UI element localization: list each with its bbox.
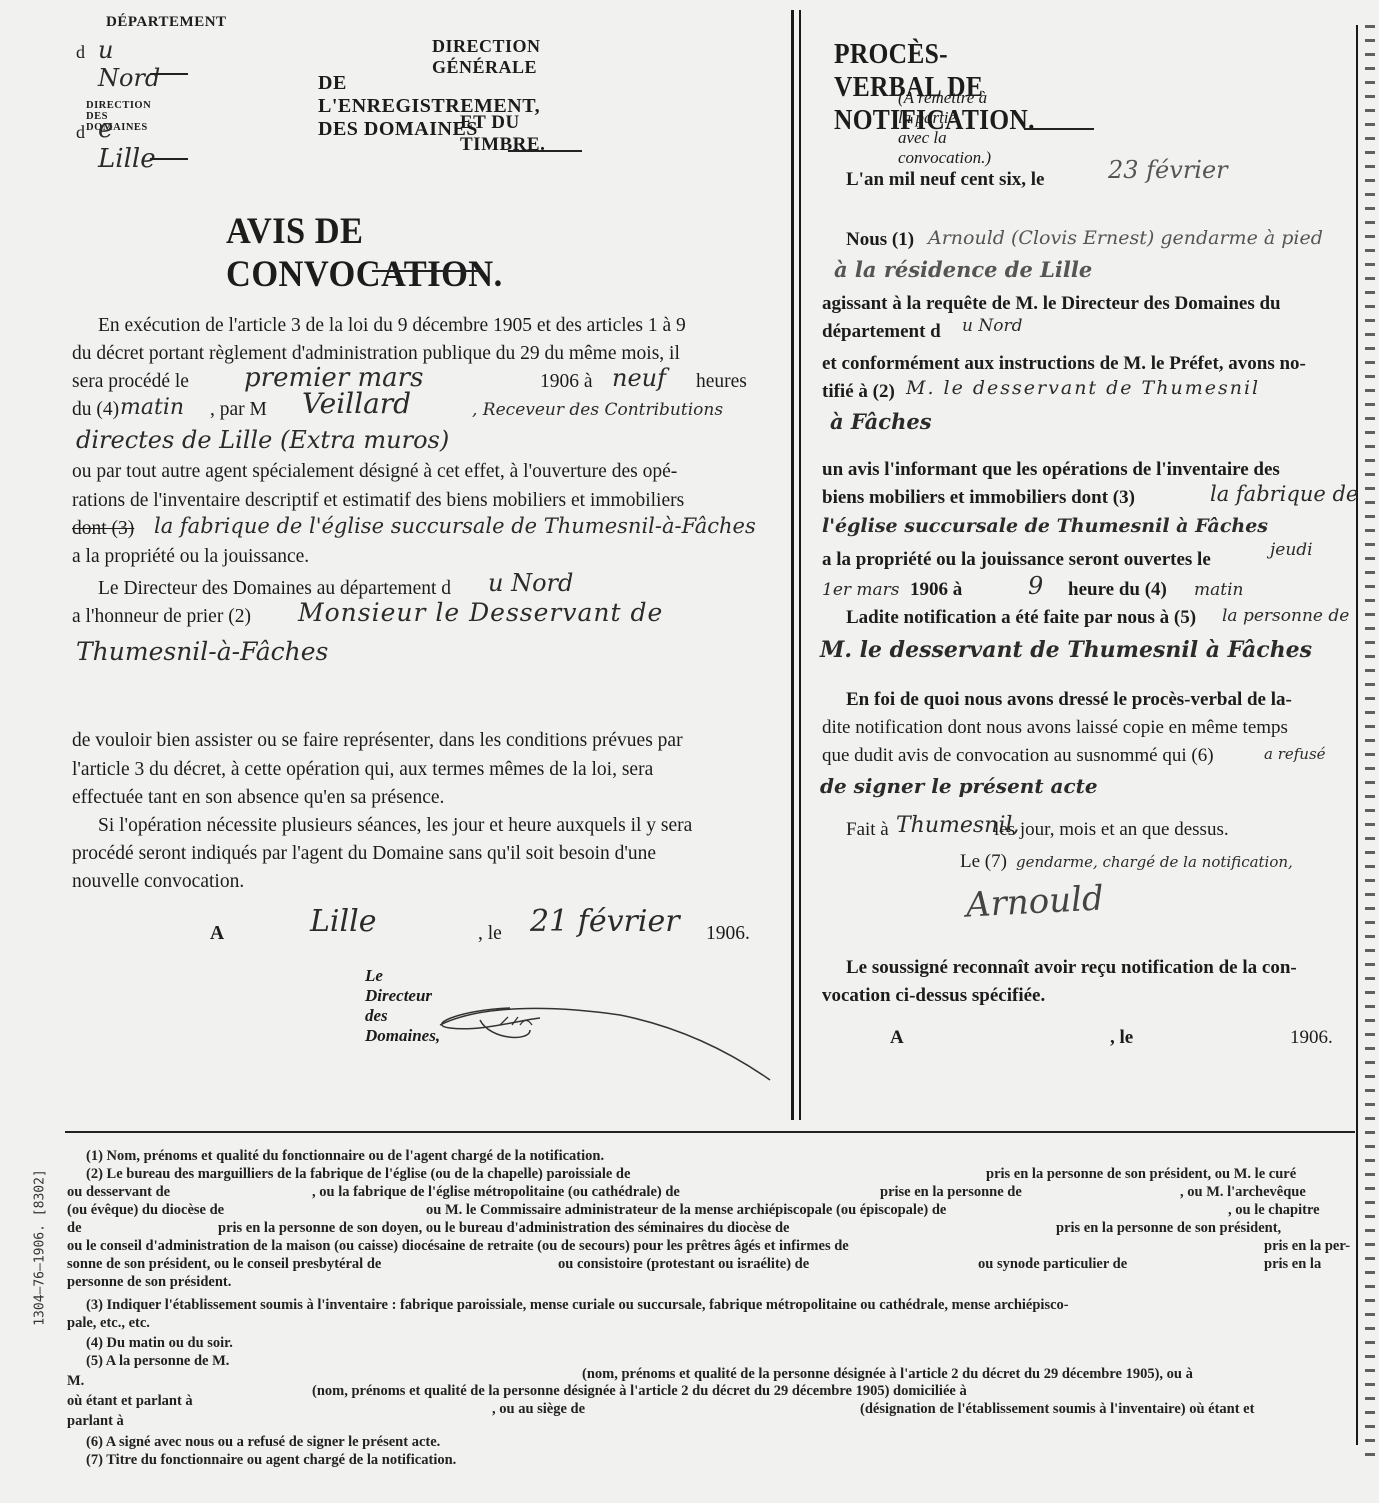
pv-line-11: Ladite notification a été faite par nous…	[846, 604, 1366, 632]
footnote-5-line-4: parlant à	[67, 1412, 124, 1430]
hand-person: la personne de	[1222, 602, 1349, 630]
text: , le	[1110, 1024, 1133, 1052]
footnote-2-line-3a: (ou évêque) du diocèse de	[67, 1201, 224, 1219]
text: Nous (1)	[846, 229, 914, 250]
departement-prefix: d	[76, 42, 85, 63]
avis-p3-line2: a l'honneur de prier (2) Monsieur le Des…	[72, 603, 792, 631]
text: a la propriété ou la jouissance seront o…	[822, 549, 1211, 570]
footnote-2-line-2c: prise en la personne de	[880, 1183, 1022, 1201]
footnote-2-line-7: personne de son président.	[67, 1273, 231, 1291]
footnote-2-line-6a: sonne de son président, ou le conseil pr…	[67, 1255, 381, 1273]
footnote-separator	[65, 1131, 1355, 1133]
hand-title: , Receveur des Contributions	[472, 396, 723, 424]
hand-name: Veillard	[302, 390, 411, 418]
avis-p1-line1: En exécution de l'article 3 de la loi du…	[98, 312, 686, 340]
pv-nous-line: Nous (1) Arnould (Clovis Ernest) gendarm…	[846, 226, 1366, 254]
text: dont (3)	[72, 518, 134, 539]
hand-agent: Arnould (Clovis Ernest) gendarme à pied	[928, 224, 1323, 252]
avis-p2-line1: ou par tout autre agent spécialement dés…	[72, 458, 677, 486]
pv-fait-line: Fait à Thumesnil, les jour, mois et an q…	[846, 816, 1346, 844]
footnote-5-line-2a: M.	[67, 1372, 84, 1390]
avis-p2-line4: a la propriété ou la jouissance.	[72, 543, 309, 571]
footnote-7: (7) Titre du fonctionnaire ou agent char…	[86, 1451, 456, 1469]
hand-dept: u Nord	[962, 312, 1022, 340]
avis-p2-line3: dont (3) la fabrique de l'église succurs…	[72, 515, 792, 543]
footnote-3-line-1: (3) Indiquer l'établissement soumis à l'…	[86, 1296, 1069, 1314]
text: heures	[696, 368, 747, 396]
text: , le	[478, 920, 502, 948]
avis-title: AVIS DE CONVOCATION.	[226, 210, 503, 296]
pv-line-9: a la propriété ou la jouissance seront o…	[822, 546, 1342, 574]
footnote-4: (4) Du matin ou du soir.	[86, 1334, 233, 1352]
hand-date: 21 février	[530, 908, 680, 936]
text: L'an mil neuf cent six, le	[846, 169, 1044, 190]
direction-prefix: d	[76, 122, 85, 143]
departement-hand: u Nord	[98, 36, 160, 92]
footnote-2-line-3b: ou M. le Commissaire administrateur de l…	[426, 1201, 946, 1219]
director-signature	[420, 1000, 780, 1085]
text: a l'honneur de prier (2)	[72, 606, 251, 627]
pv-line-16: de signer le présent acte	[820, 772, 1098, 800]
column-divider-right	[799, 10, 801, 1120]
hand-day: jeudi	[1270, 536, 1313, 564]
hand-recipient: Monsieur le Desservant de	[298, 599, 663, 627]
pv-line-8: l'église succursale de Thumesnil à Fâche…	[822, 512, 1268, 540]
text: A	[210, 923, 224, 944]
pv-le7-line: Le (7) gendarme, chargé de la notificati…	[960, 848, 1360, 876]
pv-ack-line-1: Le soussigné reconnaît avoir reçu notifi…	[846, 954, 1297, 982]
footnote-2-line-3c: , ou le chapitre	[1228, 1201, 1320, 1219]
pv-line-5: à Fâches	[830, 408, 932, 436]
pv-line-12: M. le desservant de Thumesnil à Fâches	[820, 636, 1312, 664]
center-header-rule	[508, 150, 582, 152]
header-rule-2	[150, 158, 188, 160]
text: 1906.	[1290, 1024, 1333, 1052]
avis-p5-line3: nouvelle convocation.	[72, 868, 244, 896]
perforation-edge	[1365, 25, 1375, 1465]
print-code: 1304–76–1906. [8302]	[33, 1148, 48, 1348]
hand-dept: u Nord	[488, 569, 573, 597]
avis-p1-line4: du (4) matin , par M Veillard , Receveur…	[72, 396, 792, 424]
hand-establishment: la fabrique de l'église succursale de Th…	[154, 512, 756, 540]
text: A	[890, 1027, 904, 1048]
footnote-5-line-1a: (5) A la personne de M.	[86, 1352, 229, 1370]
footnote-2-line-4a: de	[67, 1219, 82, 1237]
footnote-3-line-2: pale, etc., etc.	[67, 1314, 150, 1332]
footnote-2-line-1b: pris en la personne de son président, ou…	[986, 1165, 1296, 1183]
hand-status: a refusé	[1264, 740, 1326, 768]
pv-line-2: département d u Nord	[822, 318, 1222, 346]
pv-line-15: que dudit avis de convocation au susnomm…	[822, 742, 1362, 770]
pv-line-1: agissant à la requête de M. le Directeur…	[822, 290, 1281, 318]
pv-ack-line-2: vocation ci-dessus spécifiée.	[822, 982, 1045, 1010]
footnote-2-line-6c: ou synode particulier de	[978, 1255, 1127, 1273]
hand-hour: neuf	[612, 364, 666, 392]
footnote-2-line-6d: pris en la	[1264, 1255, 1321, 1273]
hand-date: 23 février	[1108, 156, 1228, 184]
departement-label: DÉPARTEMENT	[106, 14, 227, 31]
text: du (4)	[72, 399, 119, 420]
text: sera procédé le	[72, 371, 189, 392]
pv-ack-place-line: A , le 1906.	[890, 1024, 1350, 1052]
hand-time: matin	[1194, 576, 1243, 604]
footnote-2-line-6b: ou consistoire (protestant ou israélite)…	[558, 1255, 809, 1273]
hand-date: 1er mars	[822, 580, 900, 600]
text: Fait à	[846, 819, 889, 840]
hand-title: gendarme, chargé de la notification,	[1016, 848, 1293, 876]
pv-nous-line2: à la résidence de Lille	[834, 256, 1092, 284]
avis-p4-line2: l'article 3 du décret, à cette opération…	[72, 756, 653, 784]
footnote-5-line-1b: (nom, prénoms et qualité de la personne …	[582, 1365, 1193, 1383]
column-divider-left	[791, 10, 794, 1120]
pv-line-10: 1er mars 1906 à 9 heure du (4) matin	[822, 576, 1342, 604]
hand-time: matin	[120, 394, 184, 422]
footnote-5-line-3c: (désignation de l'établissement soumis à…	[860, 1400, 1254, 1418]
avis-p4-line1: de vouloir bien assister ou se faire rep…	[72, 727, 683, 755]
text: 1906 à	[540, 368, 593, 396]
text: Ladite notification a été faite par nous…	[846, 607, 1196, 628]
text: tifié à (2)	[822, 381, 895, 402]
footnote-1: (1) Nom, prénoms et qualité du fonctionn…	[86, 1147, 604, 1165]
pv-line-14: dite notification dont nous avons laissé…	[822, 714, 1288, 742]
text: heure du (4)	[1068, 576, 1167, 604]
text: les jour, mois et an que dessus.	[994, 816, 1229, 844]
text: 1906.	[706, 920, 750, 948]
footnote-5-line-3b: , ou au siège de	[492, 1400, 585, 1418]
pv-line-7: biens mobiliers et immobiliers dont (3) …	[822, 484, 1342, 512]
avis-p1-line3: sera procédé le premier mars 1906 à neuf…	[72, 368, 772, 396]
avis-p1-line5: directes de Lille (Extra muros)	[76, 426, 449, 454]
text: Le (7)	[960, 851, 1007, 872]
footnote-2-line-4b: pris en la personne de son doyen, ou le …	[218, 1219, 789, 1237]
hand-establishment: la fabrique de	[1210, 480, 1358, 508]
footnote-2-line-2d: , ou M. l'archevêque	[1180, 1183, 1306, 1201]
hand-place: Lille	[310, 908, 376, 936]
pv-line-4: tifié à (2) M. le desservant de Thumesni…	[822, 378, 1342, 406]
avis-p4-line3: effectuée tant en son absence qu'en sa p…	[72, 784, 444, 812]
pv-line-13: En foi de quoi nous avons dressé le proc…	[846, 686, 1292, 714]
avis-place-date: A Lille , le 21 février 1906.	[210, 920, 770, 948]
avis-p5-line1: Si l'opération nécessite plusieurs séanc…	[98, 812, 692, 840]
footnote-2-line-5a: ou le conseil d'administration de la mai…	[67, 1237, 849, 1255]
pv-signature: Arnould	[965, 878, 1105, 925]
footnote-6: (6) A signé avec nous ou a refusé de sig…	[86, 1433, 440, 1451]
text: 1906 à	[910, 576, 962, 604]
avis-p5-line2: procédé seront indiqués par l'agent du D…	[72, 840, 656, 868]
footnote-5-line-3a: où étant et parlant à	[67, 1392, 193, 1410]
footnote-2-line-1a: (2) Le bureau des marguilliers de la fab…	[86, 1165, 630, 1183]
text: biens mobiliers et immobiliers dont (3)	[822, 487, 1135, 508]
footnote-5-line-2b: (nom, prénoms et qualité de la personne …	[312, 1382, 967, 1400]
hand-hour: 9	[1028, 572, 1043, 600]
avis-p2-line2: rations de l'inventaire descriptif et es…	[72, 487, 684, 515]
direction-hand: e Lille	[98, 114, 156, 174]
pv-date-line: L'an mil neuf cent six, le 23 février	[846, 166, 1346, 194]
text: que dudit avis de convocation au susnomm…	[822, 745, 1214, 766]
avis-p3-line3: Thumesnil-à-Fâches	[76, 638, 328, 666]
footnote-2-line-5b: pris en la per-	[1264, 1237, 1350, 1255]
pv-title-rule	[1024, 128, 1094, 130]
footnote-2-line-2b: , ou la fabrique de l'église métropolita…	[312, 1183, 680, 1201]
pv-subtitle: (A remettre à la partie avec la convocat…	[898, 88, 991, 168]
header-rule-1	[150, 73, 188, 75]
text: , par M	[210, 396, 267, 424]
footnote-2-line-4c: pris en la personne de son président,	[1056, 1219, 1281, 1237]
avis-title-rule	[372, 270, 482, 272]
footnote-2-line-2a: ou desservant de	[67, 1183, 170, 1201]
text: département d	[822, 321, 941, 342]
text: Le Directeur des Domaines au département…	[98, 578, 451, 599]
hand-recipient: M. le desservant de Thumesnil	[906, 374, 1260, 402]
